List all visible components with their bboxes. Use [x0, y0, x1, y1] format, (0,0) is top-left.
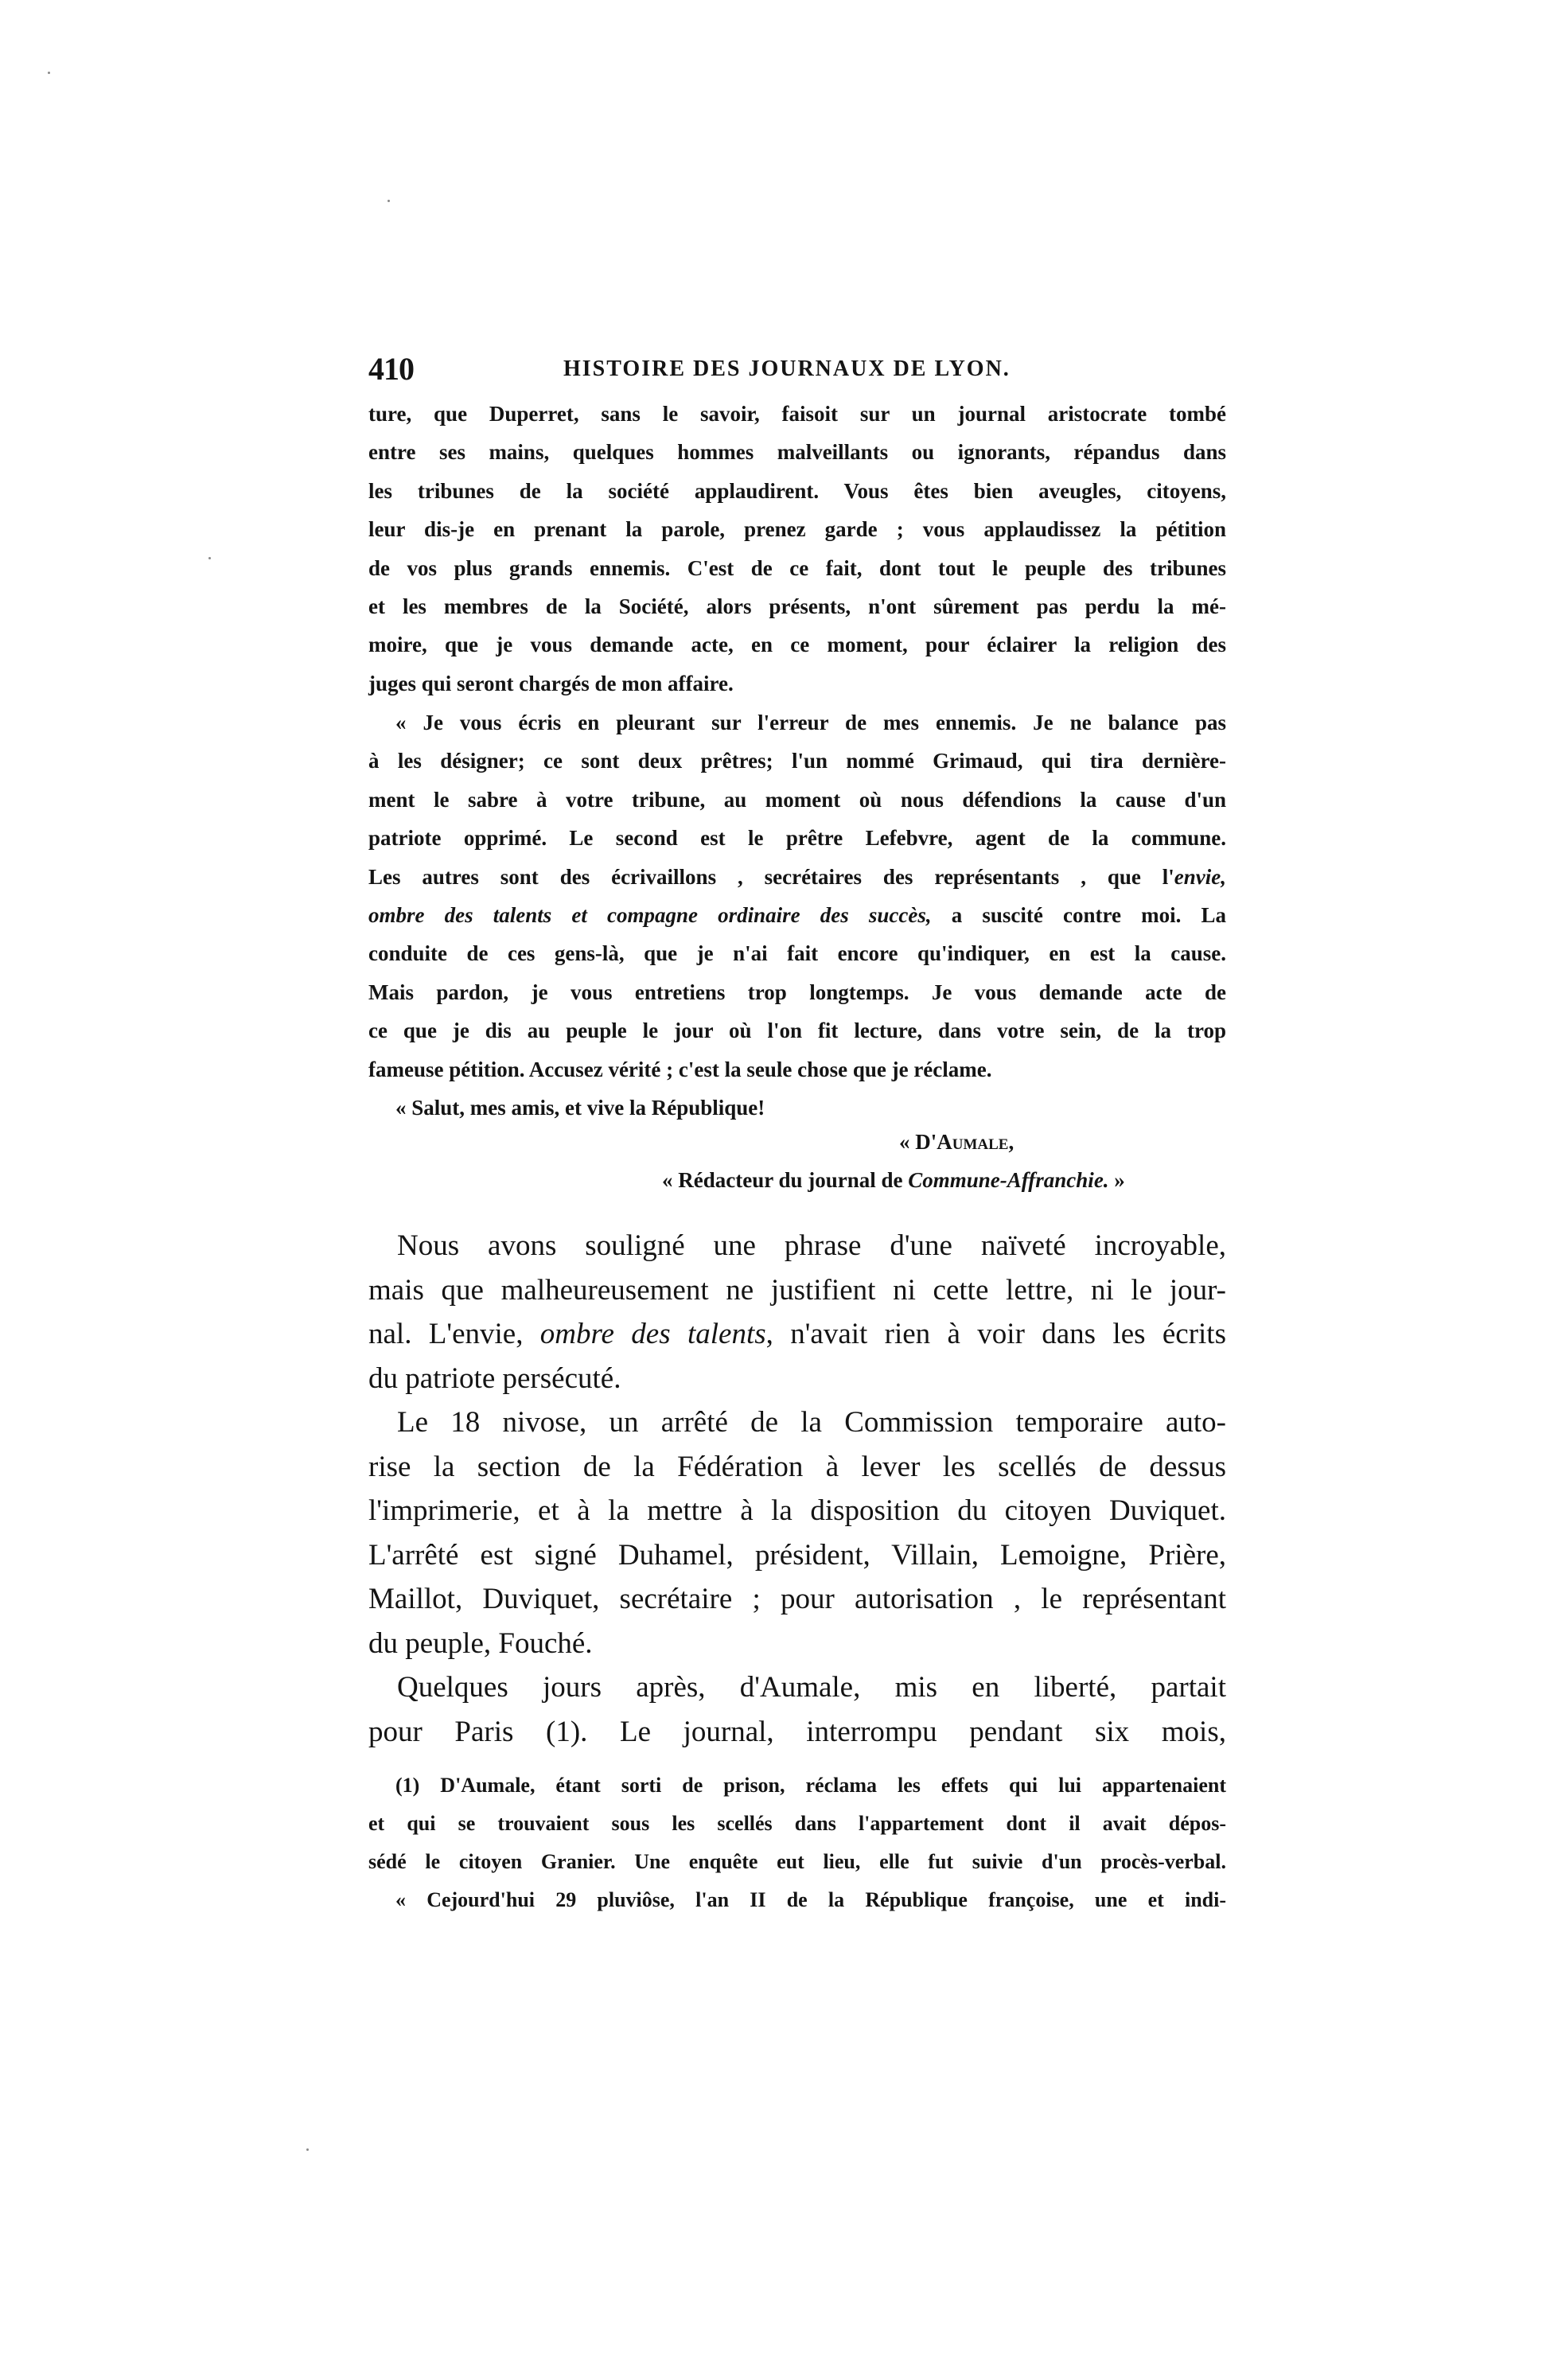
footnote-line: sédé le citoyen Granier. Une enquête eut…	[368, 1843, 1226, 1881]
text-line: Nous avons souligné une phrase d'une naï…	[368, 1224, 1226, 1268]
text-line: patriote opprimé. Le second est le prêtr…	[368, 819, 1226, 857]
text-line: ture, que Duperret, sans le savoir, fais…	[368, 395, 1226, 433]
footnote-line: « Cejourd'hui 29 pluviôse, l'an II de la…	[368, 1881, 1226, 1919]
text-line: Maillot, Duviquet, secrétaire ; pour aut…	[368, 1577, 1226, 1622]
letter-paragraph: « Je vous écris en pleurant sur l'erreur…	[368, 703, 1226, 1089]
footnote-line: et qui se trouvaient sous les scellés da…	[368, 1805, 1226, 1843]
text-line: fameuse pétition. Accusez vérité ; c'est…	[368, 1050, 1226, 1089]
book-page: 410 HISTOIRE DES JOURNAUX DE LYON. ture,…	[0, 0, 1550, 2380]
text-line: Quelques jours après, d'Aumale, mis en l…	[368, 1665, 1226, 1710]
text-run: , n'avait rien à voir dans les écrits	[766, 1318, 1226, 1350]
text-line: ment le sabre à votre tribune, au moment…	[368, 781, 1226, 819]
text-line: rise la section de la Fédération à lever…	[368, 1445, 1226, 1490]
italic-run: envie,	[1174, 865, 1226, 889]
page-header: 410 HISTOIRE DES JOURNAUX DE LYON.	[368, 350, 1228, 390]
text-line: du peuple, Fouché.	[368, 1622, 1226, 1666]
scan-speck	[306, 2148, 309, 2151]
text-line: leur dis-je en prenant la parole, prenez…	[368, 510, 1226, 548]
text-line: nal. L'envie, ombre des talents, n'avait…	[368, 1312, 1226, 1357]
italic-run: Commune-Affranchie.	[908, 1168, 1108, 1192]
body-paragraph-3: Quelques jours après, d'Aumale, mis en l…	[368, 1665, 1226, 1754]
letter-continuation: ture, que Duperret, sans le savoir, fais…	[368, 395, 1226, 703]
text-run: nal. L'envie,	[368, 1318, 540, 1350]
italic-run: ombre des talents	[540, 1318, 766, 1350]
footnote-line: (1) D'Aumale, étant sorti de prison, réc…	[368, 1766, 1226, 1805]
text-line: « Je vous écris en pleurant sur l'erreur…	[368, 703, 1226, 742]
page-number: 410	[368, 350, 414, 388]
footnote: (1) D'Aumale, étant sorti de prison, réc…	[368, 1766, 1226, 1919]
body-paragraph-1: Nous avons souligné une phrase d'une naï…	[368, 1224, 1226, 1400]
text-line: ce que je dis au peuple le jour où l'on …	[368, 1011, 1226, 1050]
italic-run: ombre des talents et compagne ordinaire …	[368, 903, 932, 927]
text-line: conduite de ces gens-là, que je n'ai fai…	[368, 934, 1226, 972]
text-line: Mais pardon, je vous entretiens trop lon…	[368, 973, 1226, 1011]
text-run: Les autres sont des écrivaillons , secré…	[368, 865, 1174, 889]
quote-mark: »	[1109, 1168, 1125, 1192]
text-line: les tribunes de la société applaudirent.…	[368, 472, 1226, 510]
text-line: moire, que je vous demande acte, en ce m…	[368, 625, 1226, 664]
quote-mark: «	[899, 1130, 915, 1154]
text-line: l'imprimerie, et à la mettre à la dispos…	[368, 1489, 1226, 1533]
text-line: et les membres de la Société, alors prés…	[368, 587, 1226, 625]
scan-speck	[48, 72, 50, 74]
text-line: de vos plus grands ennemis. C'est de ce …	[368, 549, 1226, 587]
salutation: « Salut, mes amis, et vive la République…	[368, 1089, 1226, 1127]
text-line: entre ses mains, quelques hommes malveil…	[368, 433, 1226, 471]
running-title: HISTOIRE DES JOURNAUX DE LYON.	[563, 356, 1011, 382]
signature-initial: D'A	[915, 1130, 952, 1154]
body-paragraph-2: Le 18 nivose, un arrêté de la Commission…	[368, 1400, 1226, 1665]
text-line: pour Paris (1). Le journal, interrompu p…	[368, 1710, 1226, 1755]
text-line: du patriote persécuté.	[368, 1357, 1226, 1401]
signature-smallcaps: umale,	[952, 1130, 1014, 1154]
text-line: L'arrêté est signé Duhamel, président, V…	[368, 1533, 1226, 1578]
signature-title: « Rédacteur du journal de Commune-Affran…	[662, 1168, 1125, 1193]
text-line: à les désigner; ce sont deux prêtres; l'…	[368, 742, 1226, 780]
scan-speck	[387, 200, 390, 202]
text-run: « Rédacteur du journal de	[662, 1168, 908, 1192]
letter-salutation: « Salut, mes amis, et vive la République…	[368, 1089, 1226, 1127]
text-line: Le 18 nivose, un arrêté de la Commission…	[368, 1400, 1226, 1445]
text-line: Les autres sont des écrivaillons , secré…	[368, 858, 1226, 896]
text-line: ombre des talents et compagne ordinaire …	[368, 896, 1226, 934]
scan-speck	[208, 557, 211, 559]
text-run: a suscité contre moi. La	[932, 903, 1226, 927]
text-line: juges qui seront chargés de mon affaire.	[368, 664, 1226, 703]
signature-name: « D'Aumale,	[899, 1130, 1014, 1155]
text-line: mais que malheureusement ne justifient n…	[368, 1268, 1226, 1313]
